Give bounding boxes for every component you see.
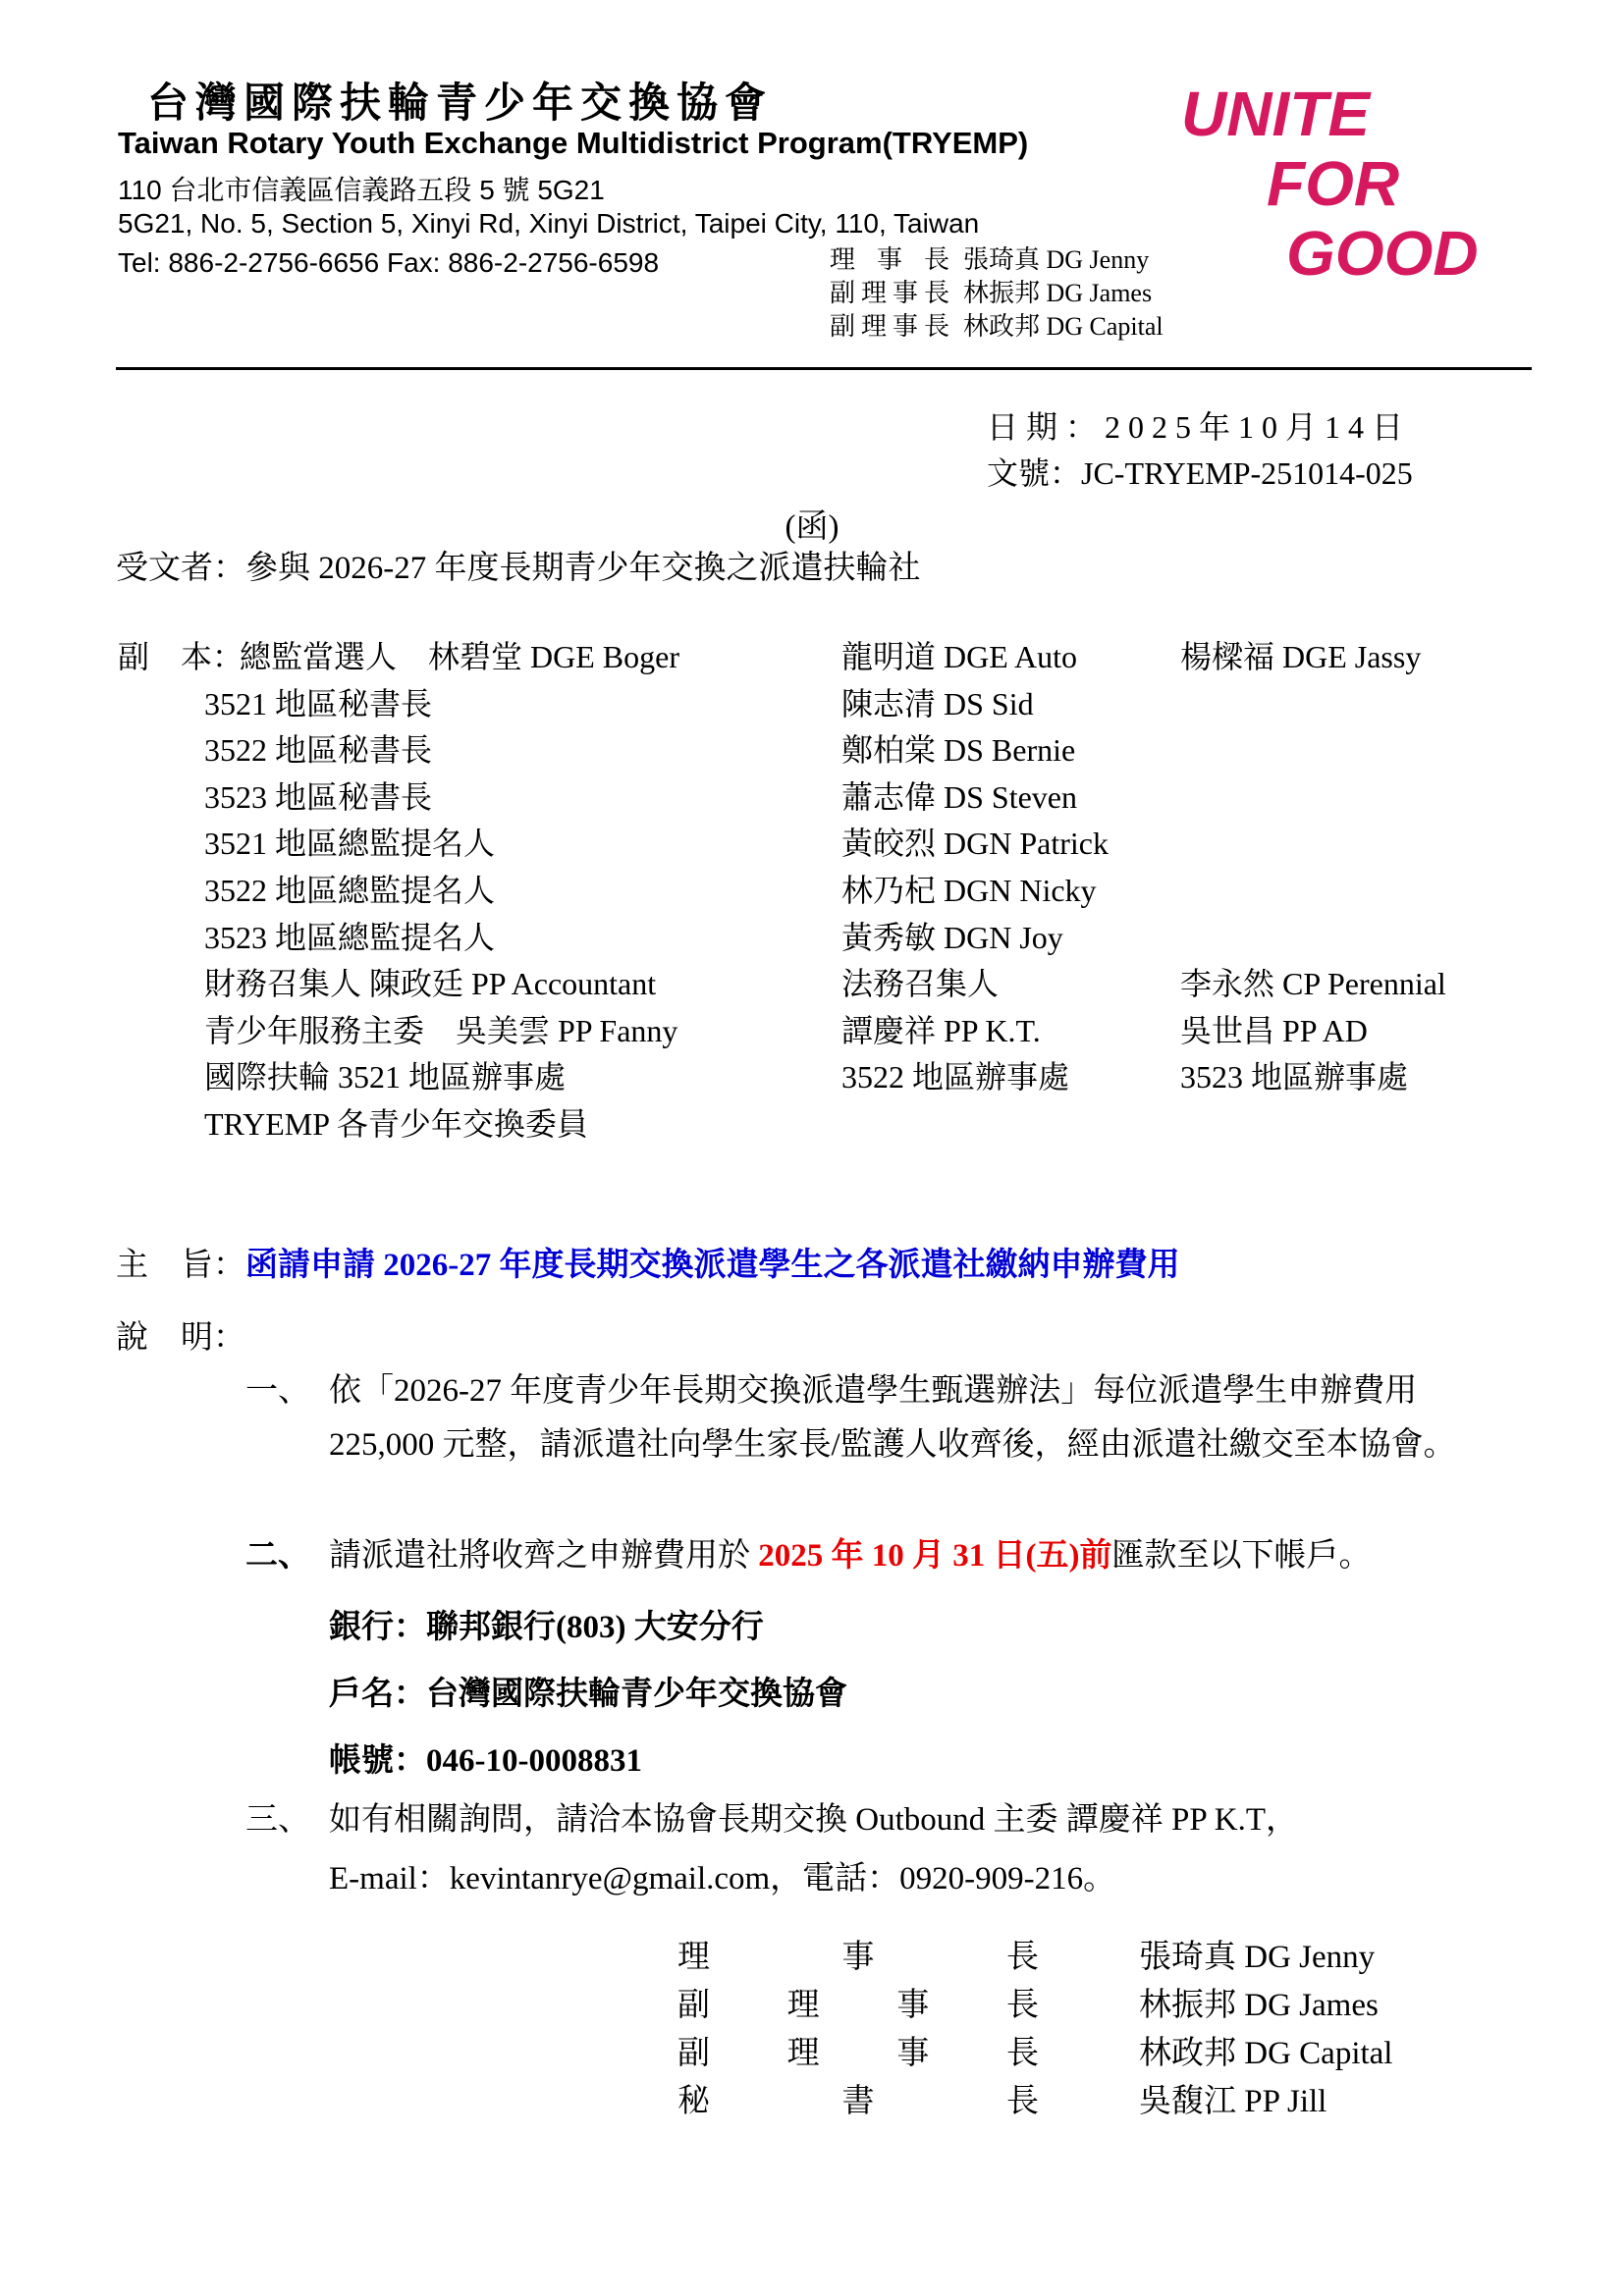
bank-info: 銀行：聯邦銀行(803) 大安分行 戶名：台灣國際扶輪青少年交換協會 帳號：04… — [329, 1594, 847, 1794]
item-2-text: 請派遣社將收齊之申辦費用於 2025 年 10 月 31 日(五)前匯款至以下帳… — [329, 1529, 1478, 1583]
payment-deadline: 2025 年 10 月 31 日(五)前 — [758, 1538, 1111, 1574]
signature-name: 張琦真 DG Jenny — [1139, 1934, 1375, 1982]
letter-type: (函) — [0, 501, 1624, 547]
unite-for-good-logo: UNITE — [1181, 82, 1370, 145]
officer-name: 林政邦 DG Capital — [963, 312, 1164, 341]
item-2-number: 二、 — [245, 1529, 310, 1575]
header-officer-row: 副理事長林政邦 DG Capital — [830, 310, 1164, 344]
unite-for-good-logo: FOR — [1267, 152, 1399, 215]
account-name-line: 戶名：台灣國際扶輪青少年交換協會 — [329, 1661, 847, 1728]
cc-label: 副 本： — [118, 634, 204, 681]
account-number-line: 帳號：046-10-0008831 — [329, 1728, 847, 1794]
cc-cell: 鄭柏棠 DS Bernie — [841, 727, 1180, 774]
subject-label: 主 旨： — [116, 1248, 245, 1283]
address-zh: 110 台北市信義區信義路五段 5 號 5G21 — [118, 169, 605, 208]
item-2-pre: 請派遣社將收齊之申辦費用於 — [329, 1538, 758, 1574]
item-2-post: 匯款至以下帳戶。 — [1111, 1538, 1371, 1574]
cc-cell: 法務召集人 — [841, 961, 1180, 1008]
cc-cell: 3522 地區辦事處 — [841, 1054, 1180, 1101]
cc-cell: 3523 地區總監提名人 — [204, 915, 841, 962]
cc-cell: 3521 地區秘書長 — [204, 681, 841, 728]
item-3-line1: 如有相關詢問，請洽本協會長期交換 Outbound 主委 譚慶祥 PP K.T， — [329, 1790, 1478, 1849]
cc-row: 3523 地區秘書長 蕭志偉 DS Steven — [118, 774, 1551, 822]
officer-name: 張琦真 DG Jenny — [963, 245, 1149, 274]
cc-row: TRYEMP 各青少年交換委員 — [118, 1101, 1551, 1148]
cc-row: 青少年服務主委 吳美雲 PP Fanny 譚慶祥 PP K.T. 吳世昌 PP … — [118, 1008, 1551, 1055]
cc-cell: 國際扶輪 3521 地區辦事處 — [204, 1054, 841, 1101]
letter-page: 台灣國際扶輪青少年交換協會 Taiwan Rotary Youth Exchan… — [0, 0, 1624, 2296]
recipient-line: 受文者：參與 2026-27 年度長期青少年交換之派遣扶輪社 — [116, 542, 921, 588]
doc-number: 文號：JC-TRYEMP-251014-025 — [987, 451, 1413, 497]
officer-name: 林振邦 DG James — [963, 279, 1152, 307]
cc-cell: 李永然 CP Perennial — [1180, 961, 1551, 1008]
contact-email-line: E-mail：kevintanrye@gmail.com，電話：0920-909… — [329, 1849, 1478, 1908]
cc-cell: 財務召集人 陳政廷 PP Accountant — [204, 961, 841, 1008]
header-officers: 理 事 長張琦真 DG Jenny 副理事長林振邦 DG James 副理事長林… — [830, 243, 1164, 344]
explanation-label: 說 明： — [116, 1311, 245, 1358]
doc-date: 日 期 ： 2 0 2 5 年 1 0 月 1 4 日 — [987, 404, 1413, 451]
signature-row: 副 理 事 長 林政邦 DG Capital — [677, 2030, 1039, 2078]
header-officer-row: 副理事長林振邦 DG James — [830, 277, 1164, 310]
cc-cell: 3523 地區辦事處 — [1180, 1054, 1551, 1101]
cc-cell — [1180, 1101, 1551, 1148]
cc-cell: 楊樑福 DGE Jassy — [1180, 634, 1551, 681]
officer-title: 理 事 長 — [830, 243, 949, 277]
signature-row: 副 理 事 長 林振邦 DG James — [677, 1982, 1039, 2030]
bank-name-line: 銀行：聯邦銀行(803) 大安分行 — [329, 1594, 847, 1661]
org-name-en: Taiwan Rotary Youth Exchange Multidistri… — [118, 126, 1028, 161]
officer-title: 副理事長 — [830, 277, 949, 310]
cc-cell: 3523 地區秘書長 — [204, 774, 841, 822]
cc-row: 3523 地區總監提名人 黃秀敏 DGN Joy — [118, 915, 1551, 962]
cc-cell — [1180, 681, 1551, 728]
signature-title: 副 理 事 長 — [677, 1982, 1039, 2030]
cc-row: 3521 地區秘書長 陳志清 DS Sid — [118, 681, 1551, 728]
item-3-number: 三、 — [245, 1790, 310, 1849]
signature-block: 理 事 長 張琦真 DG Jenny 副 理 事 長 林振邦 DG James … — [677, 1934, 1039, 2126]
signature-title: 副 理 事 長 — [677, 2030, 1039, 2078]
cc-cell — [1180, 774, 1551, 822]
signature-name: 吳馥江 PP Jill — [1139, 2078, 1326, 2126]
signature-title: 秘 書 長 — [677, 2078, 1039, 2126]
header-officer-row: 理 事 長張琦真 DG Jenny — [830, 243, 1164, 277]
cc-cell: 青少年服務主委 吳美雲 PP Fanny — [204, 1008, 841, 1055]
cc-cell: 林乃杞 DGN Nicky — [841, 868, 1180, 915]
signature-row: 理 事 長 張琦真 DG Jenny — [677, 1934, 1039, 1982]
unite-for-good-logo: GOOD — [1286, 222, 1479, 285]
signature-name: 林政邦 DG Capital — [1139, 2030, 1392, 2078]
cc-cell: 陳志清 DS Sid — [841, 681, 1180, 728]
cc-cell: TRYEMP 各青少年交換委員 — [204, 1101, 841, 1148]
org-name-zh: 台灣國際扶輪青少年交換協會 — [147, 71, 773, 130]
cc-cell — [1180, 915, 1551, 962]
cc-cell: 黃秀敏 DGN Joy — [841, 915, 1180, 962]
item-1-text: 依「2026-27 年度青少年長期交換派遣學生甄選辦法」每位派遣學生申辦費用 2… — [329, 1364, 1478, 1472]
cc-row: 3522 地區秘書長 鄭柏棠 DS Bernie — [118, 727, 1551, 774]
doc-meta: 日 期 ： 2 0 2 5 年 1 0 月 1 4 日 文號：JC-TRYEMP… — [987, 404, 1413, 497]
cc-cell: 3522 地區秘書長 — [204, 727, 841, 774]
item-1-number: 一、 — [245, 1364, 310, 1411]
signature-name: 林振邦 DG James — [1139, 1982, 1379, 2030]
cc-cell: 吳世昌 PP AD — [1180, 1008, 1551, 1055]
cc-row: 3522 地區總監提名人 林乃杞 DGN Nicky — [118, 868, 1551, 915]
subject-value: 函請申請 2026-27 年度長期交換派遣學生之各派遣社繳納申辦費用 — [245, 1248, 1180, 1283]
cc-cell — [1180, 868, 1551, 915]
item-3-text: 如有相關詢問，請洽本協會長期交換 Outbound 主委 譚慶祥 PP K.T，… — [329, 1790, 1478, 1908]
address-en: 5G21, No. 5, Section 5, Xinyi Rd, Xinyi … — [118, 208, 979, 240]
cc-cell: 龍明道 DGE Auto — [841, 634, 1180, 681]
tel-fax: Tel: 886-2-2756-6656 Fax: 886-2-2756-659… — [118, 247, 659, 279]
cc-cell: 黃皎烈 DGN Patrick — [841, 821, 1180, 868]
cc-row: 副 本： 總監當選人 林碧堂 DGE Boger 龍明道 DGE Auto 楊樑… — [118, 634, 1551, 681]
cc-cell — [1180, 821, 1551, 868]
header-divider — [116, 367, 1532, 370]
cc-cell — [1180, 727, 1551, 774]
cc-block: 副 本： 總監當選人 林碧堂 DGE Boger 龍明道 DGE Auto 楊樑… — [118, 634, 1551, 1148]
signature-row: 秘 書 長 吳馥江 PP Jill — [677, 2078, 1039, 2126]
subject-line: 主 旨：函請申請 2026-27 年度長期交換派遣學生之各派遣社繳納申辦費用 — [116, 1239, 1180, 1285]
officer-title: 副理事長 — [830, 310, 949, 344]
cc-cell: 3522 地區總監提名人 — [204, 868, 841, 915]
cc-cell: 譚慶祥 PP K.T. — [841, 1008, 1180, 1055]
cc-row: 3521 地區總監提名人 黃皎烈 DGN Patrick — [118, 821, 1551, 868]
signature-title: 理 事 長 — [677, 1934, 1039, 1982]
cc-cell: 3521 地區總監提名人 — [204, 821, 841, 868]
cc-cell: 總監當選人 林碧堂 DGE Boger — [204, 634, 841, 681]
cc-row: 財務召集人 陳政廷 PP Accountant 法務召集人 李永然 CP Per… — [118, 961, 1551, 1008]
cc-row: 國際扶輪 3521 地區辦事處 3522 地區辦事處 3523 地區辦事處 — [118, 1054, 1551, 1101]
cc-cell — [841, 1101, 1180, 1148]
cc-cell: 蕭志偉 DS Steven — [841, 774, 1180, 822]
